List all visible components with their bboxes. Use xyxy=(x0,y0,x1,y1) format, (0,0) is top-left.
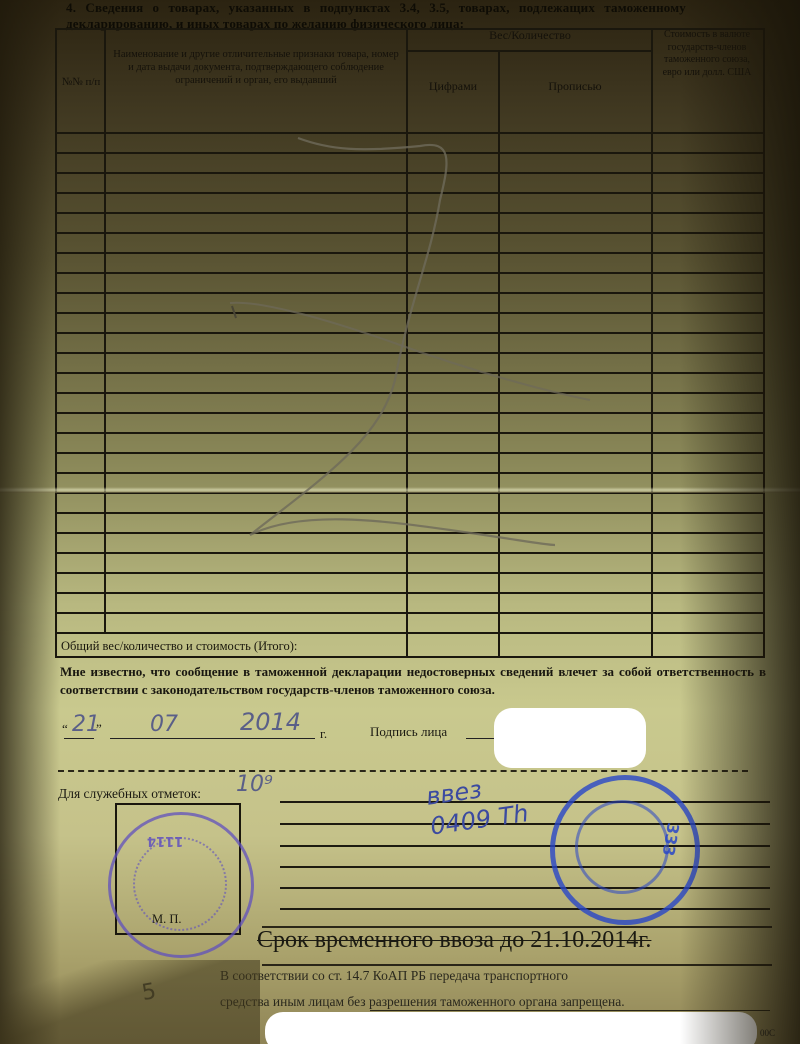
customs-stamp-left: 1114 xyxy=(108,812,254,958)
day-underline xyxy=(64,738,94,739)
seal-place-label: М. П. xyxy=(152,912,182,927)
month-year-underline xyxy=(110,738,315,739)
date-year: 2014 xyxy=(240,708,301,736)
date-close-quote: ” xyxy=(96,721,102,737)
service-marks-handwritten: 10⁹ xyxy=(236,772,273,797)
redacted-signature xyxy=(494,708,646,768)
stamp-left-number: 1114 xyxy=(147,833,183,848)
law-reference-line1: В соответствии со ст. 14.7 КоАП РБ перед… xyxy=(220,968,568,984)
photo-shadow xyxy=(0,960,260,1044)
signature-label: Подпись лица xyxy=(370,724,447,740)
stamp-emblem xyxy=(575,800,669,894)
temporary-import-term: Срок временного ввоза до 21.10.2014г. xyxy=(257,927,651,954)
customs-stamp-right: 333 xyxy=(550,775,700,925)
photo-vignette-left xyxy=(0,0,60,1044)
law-reference-line2: средства иным лицам без разрешения тамож… xyxy=(220,994,625,1010)
photo-vignette-right xyxy=(680,0,800,1044)
date-open-quote: “ xyxy=(62,721,68,737)
service-marks-label: Для служебных отметок: xyxy=(58,786,201,802)
dashed-separator xyxy=(58,770,748,772)
year-suffix: г. xyxy=(320,726,327,742)
liability-notice: Мне известно, что сообщение в таможенной… xyxy=(60,663,766,699)
date-month: 07 xyxy=(150,712,178,737)
